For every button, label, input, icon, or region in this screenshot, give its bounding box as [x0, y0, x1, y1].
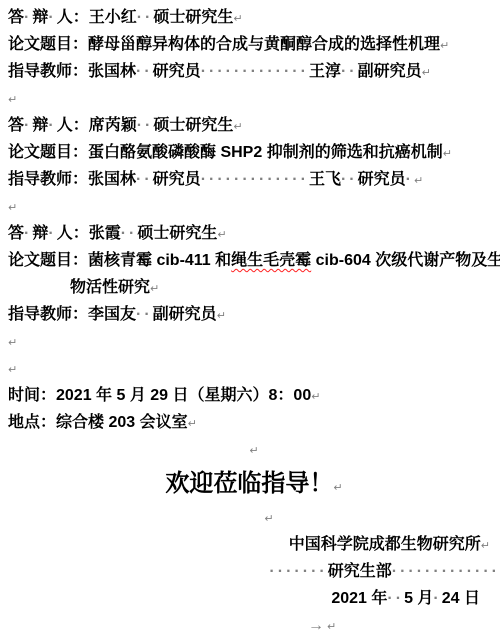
- space-marks: ··: [121, 225, 138, 242]
- paragraph-mark-icon: ↵: [249, 445, 258, 457]
- space-marks: ·: [48, 9, 56, 26]
- text-run: 研究生部: [328, 563, 392, 580]
- empty-line-3: ↵: [8, 328, 500, 355]
- text-run: 论文题目：蛋白酪氨酸磷酸酶 SHP2 抑制剂的筛选和抗癌机制: [8, 144, 443, 161]
- welcome-heading: 欢迎莅临指导！↵: [8, 463, 500, 504]
- defender-1-line: 答·辩·人：王小红··硕士研究生↵: [8, 4, 500, 31]
- text-run: 指导教师：张国林: [8, 63, 136, 80]
- space-marks: ··: [136, 306, 153, 323]
- text-run: 辩: [32, 9, 48, 26]
- space-marks: ··: [136, 171, 153, 188]
- text-run: 指导教师：张国林: [8, 171, 136, 188]
- space-marks: ··: [137, 9, 154, 26]
- text-run: 24 日: [442, 590, 480, 607]
- text-run: 研究员: [153, 63, 201, 80]
- space-marks: ·: [433, 590, 441, 607]
- space-marks: ··: [341, 171, 358, 188]
- text-run: 2021 年: [331, 590, 387, 607]
- text-run: 答: [8, 9, 24, 26]
- paragraph-mark-icon: ↵: [264, 513, 273, 525]
- thesis-title-3-line-1: 论文题目：菌核青霉 cib-411 和绳生毛壳霉 cib-604 次级代谢产物及…: [8, 247, 500, 274]
- empty-line-5-centered: ↵: [8, 436, 500, 463]
- paragraph-mark-icon: ↵: [422, 67, 431, 79]
- space-marks: ·: [406, 171, 414, 188]
- defender-3-line: 答·辩·人：张霞··硕士研究生↵: [8, 220, 500, 247]
- misspelled-text-run: 绳生毛壳霉: [231, 252, 311, 269]
- text-run: 研究员: [153, 171, 201, 188]
- paragraph-mark-icon: ↵: [443, 148, 452, 160]
- empty-line-4: ↵: [8, 355, 500, 382]
- empty-line-6-centered: ↵: [8, 504, 500, 531]
- text-run: 研究员: [358, 171, 406, 188]
- text-run: 副研究员: [153, 306, 217, 323]
- paragraph-mark-icon: ↵: [233, 121, 242, 133]
- paragraph-mark-icon: ↵: [188, 418, 197, 430]
- text-run: 硕士研究生: [153, 117, 233, 134]
- paragraph-mark-icon: ↵: [8, 94, 17, 106]
- text-run: 时间：2021 年 5 月 29 日（星期六）8：00: [8, 387, 311, 404]
- text-run: 论文题目：菌核青霉 cib-411 和: [8, 252, 231, 269]
- thesis-title-2-line: 论文题目：蛋白酪氨酸磷酸酶 SHP2 抑制剂的筛选和抗癌机制↵: [8, 139, 500, 166]
- space-marks: ··: [136, 63, 153, 80]
- paragraph-mark-icon: ↵: [414, 175, 423, 187]
- text-run: 中国科学院成都生物研究所: [289, 536, 481, 553]
- space-marks: ··: [137, 117, 154, 134]
- text-run: 人：王小红: [57, 9, 137, 26]
- paragraph-mark-icon: ↵: [217, 310, 226, 322]
- text-run: 地点：综合楼 203 会议室: [8, 414, 188, 431]
- institute-signature-line: 中国科学院成都生物研究所↵: [8, 531, 500, 558]
- text-run: 答: [8, 117, 24, 134]
- text-run: 物活性研究: [70, 279, 150, 296]
- date-signature-line: 2021 年··5 月·24 日: [8, 585, 500, 612]
- paragraph-mark-icon: ↵: [440, 40, 449, 52]
- space-marks: ·············: [392, 563, 500, 580]
- space-marks: ·······: [269, 563, 327, 580]
- space-marks: ·············: [201, 171, 309, 188]
- paragraph-mark-icon: ↵: [233, 13, 242, 25]
- defender-2-line: 答·辩·人：席芮颖··硕士研究生↵: [8, 112, 500, 139]
- text-run: 辩: [32, 117, 48, 134]
- time-line: 时间：2021 年 5 月 29 日（星期六）8：00↵: [8, 382, 500, 409]
- paragraph-mark-icon: ↵: [8, 364, 17, 376]
- text-run: 欢迎莅临指导！: [165, 470, 333, 497]
- text-run: 副研究员: [358, 63, 422, 80]
- text-run: 论文题目：酵母甾醇异构体的合成与黄酮醇合成的选择性机理: [8, 36, 440, 53]
- text-run: cib-604 次级代谢产物及生: [311, 252, 500, 269]
- text-run: 指导教师：李国友: [8, 306, 136, 323]
- text-run: 辩: [32, 225, 48, 242]
- supervisor-2-line: 指导教师：张国林··研究员·············王飞··研究员·↵: [8, 166, 500, 193]
- paragraph-mark-icon: ↵: [481, 540, 490, 552]
- paragraph-mark-icon: ↵: [8, 337, 17, 349]
- text-run: 硕士研究生: [153, 9, 233, 26]
- thesis-title-3-line-2: 物活性研究↵: [8, 274, 500, 301]
- empty-line-1: ↵: [8, 85, 500, 112]
- graduate-department-line: ·······研究生部·············: [8, 558, 500, 585]
- paragraph-mark-icon: ↵: [8, 202, 17, 214]
- supervisor-1-line: 指导教师：张国林··研究员·············王淳··副研究员↵: [8, 58, 500, 85]
- paragraph-mark-icon: ↵: [311, 391, 320, 403]
- text-run: 人：张霞: [57, 225, 121, 242]
- text-run: 硕士研究生: [137, 225, 217, 242]
- location-line: 地点：综合楼 203 会议室↵: [8, 409, 500, 436]
- space-marks: ··: [341, 63, 358, 80]
- paragraph-mark-icon: ↵: [333, 482, 342, 494]
- paragraph-mark-icon: ↵: [217, 229, 226, 241]
- tab-mark-icon: →: [308, 617, 327, 634]
- document-page: 答·辩·人：王小红··硕士研究生↵论文题目：酵母甾醇异构体的合成与黄酮醇合成的选…: [0, 0, 500, 635]
- paragraph-mark-icon: ↵: [150, 283, 159, 295]
- text-run: 人：席芮颖: [57, 117, 137, 134]
- text-run: 王淳: [309, 63, 341, 80]
- text-run: 5 月: [404, 590, 433, 607]
- paragraph-mark-icon: ↵: [327, 621, 336, 633]
- space-marks: ·············: [201, 63, 309, 80]
- trailing-tab-line: →↵: [8, 612, 500, 635]
- thesis-title-1-line: 论文题目：酵母甾醇异构体的合成与黄酮醇合成的选择性机理↵: [8, 31, 500, 58]
- space-marks: ·: [48, 225, 56, 242]
- empty-line-2: ↵: [8, 193, 500, 220]
- supervisor-3-line: 指导教师：李国友··副研究员↵: [8, 301, 500, 328]
- space-marks: ··: [387, 590, 404, 607]
- space-marks: ·: [48, 117, 56, 134]
- text-run: 王飞: [309, 171, 341, 188]
- text-run: 答: [8, 225, 24, 242]
